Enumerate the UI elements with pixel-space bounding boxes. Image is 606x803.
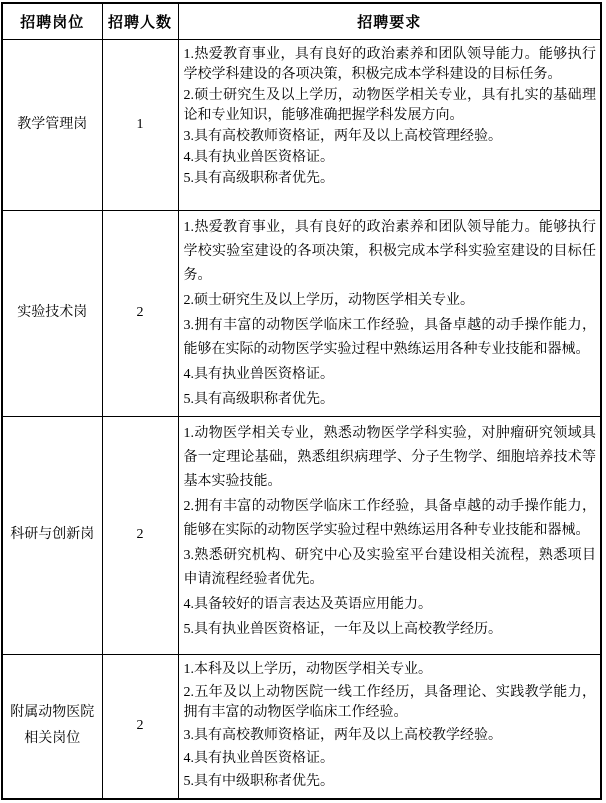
- requirement-item: 3.具有高校教师资格证，两年及以上高校管理经验。: [184, 127, 597, 147]
- position-cell: 附属动物医院 相关岗位: [2, 654, 102, 799]
- requirements-cell: 1.热爱教育事业，具有良好的政治素养和团队领导能力。能够执行学校实验室建设的各项…: [178, 210, 601, 416]
- position-cell: 教学管理岗: [2, 39, 102, 210]
- table-row: 科研与创新岗 2 1.动物医学相关专业，熟悉动物医学学科实验，对肿瘤研究领域具备…: [2, 416, 601, 654]
- requirement-item: 2.拥有丰富的动物医学临床工作经验，具备卓越的动手操作能力，能够在实际的动物医学…: [184, 495, 597, 543]
- requirements-cell: 1.动物医学相关专业，熟悉动物医学学科实验，对肿瘤研究领域具备一定理论基础，熟悉…: [178, 416, 601, 654]
- count-cell: 2: [102, 210, 178, 416]
- requirement-item: 5.具有执业兽医资格证，一年及以上高校教学经历。: [184, 618, 597, 642]
- requirement-item: 4.具有执业兽医资格证。: [184, 749, 597, 769]
- requirement-item: 2.硕士研究生及以上学历，动物医学相关专业。: [184, 289, 597, 313]
- requirements-cell: 1.本科及以上学历，动物医学相关专业。 2.五年及以上动物医院一线工作经历，具备…: [178, 654, 601, 799]
- requirement-item: 1.热爱教育事业，具有良好的政治素养和团队领导能力。能够执行学校学科建设的各项决…: [184, 45, 597, 85]
- table-header-row: 招聘岗位 招聘人数 招聘要求: [2, 3, 601, 39]
- count-cell: 1: [102, 39, 178, 210]
- header-requirements: 招聘要求: [178, 3, 601, 39]
- requirement-item: 5.具有高级职称者优先。: [184, 169, 597, 189]
- requirement-item: 2.五年及以上动物医院一线工作经历，具备理论、实践教学能力，拥有丰富的动物医学临…: [184, 683, 597, 723]
- table-row: 教学管理岗 1 1.热爱教育事业，具有良好的政治素养和团队领导能力。能够执行学校…: [2, 39, 601, 210]
- recruitment-table: 招聘岗位 招聘人数 招聘要求 教学管理岗 1 1.热爱教育事业，具有良好的政治素…: [1, 2, 602, 800]
- requirement-item: 3.具有高校教师资格证，两年及以上高校教学经验。: [184, 726, 597, 746]
- requirement-item: 3.拥有丰富的动物医学临床工作经验，具备卓越的动手操作能力，能够在实际的动物医学…: [184, 314, 597, 362]
- document-page: 招聘岗位 招聘人数 招聘要求 教学管理岗 1 1.热爱教育事业，具有良好的政治素…: [0, 0, 606, 803]
- requirement-item: 5.具有中级职称者优先。: [184, 772, 597, 792]
- requirement-item: 4.具备较好的语言表达及英语应用能力。: [184, 593, 597, 617]
- requirement-item: 1.动物医学相关专业，熟悉动物医学学科实验，对肿瘤研究领域具备一定理论基础，熟悉…: [184, 422, 597, 494]
- count-cell: 2: [102, 654, 178, 799]
- requirement-item: 1.本科及以上学历，动物医学相关专业。: [184, 660, 597, 680]
- requirement-item: 3.熟悉研究机构、研究中心及实验室平台建设相关流程，熟悉项目申请流程经验者优先。: [184, 544, 597, 592]
- requirements-cell: 1.热爱教育事业，具有良好的政治素养和团队领导能力。能够执行学校学科建设的各项决…: [178, 39, 601, 210]
- requirement-item: 1.热爱教育事业，具有良好的政治素养和团队领导能力。能够执行学校实验室建设的各项…: [184, 216, 597, 288]
- count-cell: 2: [102, 416, 178, 654]
- requirement-item: 4.具有执业兽医资格证。: [184, 363, 597, 387]
- requirement-item: 4.具有执业兽医资格证。: [184, 148, 597, 168]
- header-count: 招聘人数: [102, 3, 178, 39]
- header-position: 招聘岗位: [2, 3, 102, 39]
- position-cell: 实验技术岗: [2, 210, 102, 416]
- requirement-item: 2.硕士研究生及以上学历，动物医学相关专业，具有扎实的基础理论和专业知识，能够准…: [184, 86, 597, 126]
- requirement-item: 5.具有高级职称者优先。: [184, 388, 597, 412]
- table-row: 实验技术岗 2 1.热爱教育事业，具有良好的政治素养和团队领导能力。能够执行学校…: [2, 210, 601, 416]
- position-cell: 科研与创新岗: [2, 416, 102, 654]
- table-row: 附属动物医院 相关岗位 2 1.本科及以上学历，动物医学相关专业。 2.五年及以…: [2, 654, 601, 799]
